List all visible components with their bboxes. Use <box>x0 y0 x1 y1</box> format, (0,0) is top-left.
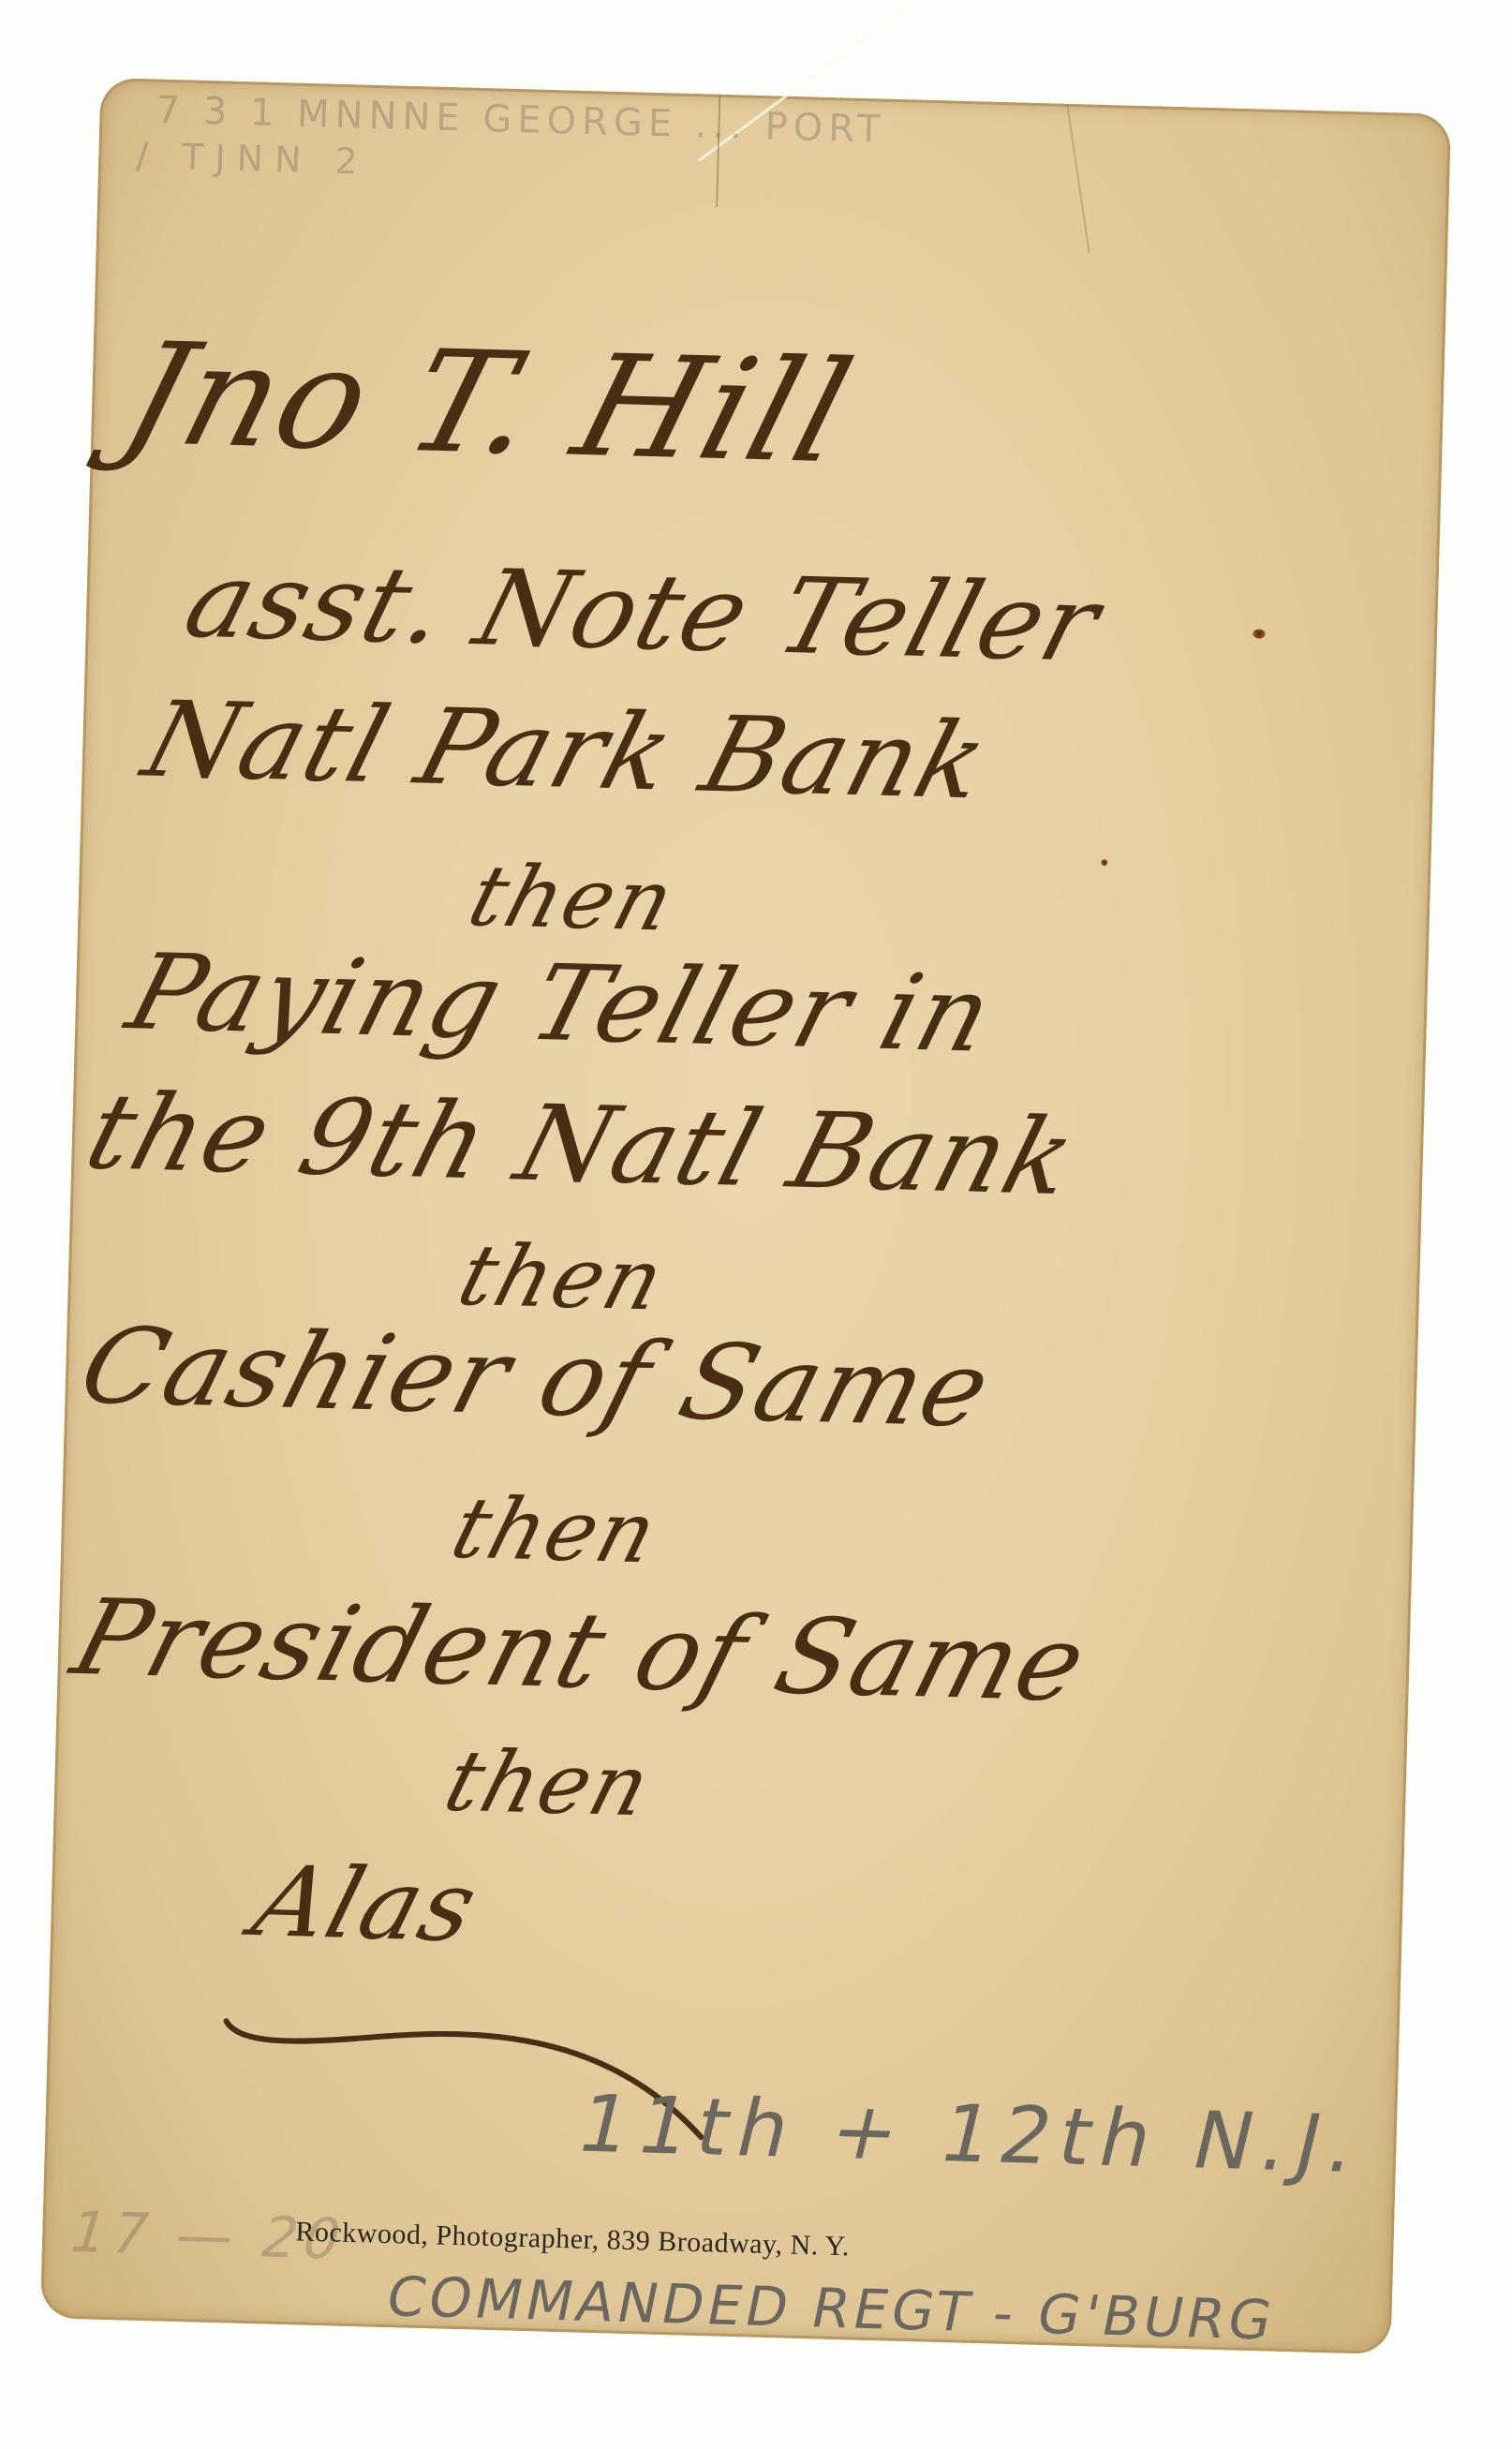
inscription-line: then <box>435 1732 661 1835</box>
inscription-line: President of Same <box>61 1577 1100 1725</box>
inscription-name: Jno T. Hill <box>107 314 868 495</box>
inscription-line: Paying Teller in <box>115 932 1006 1076</box>
pencil-note-commanded: COMMANDED REGT - G'BURG <box>381 2264 1282 2352</box>
photographer-imprint: Rockwood, Photographer, 839 Broadway, N.… <box>295 2216 850 2263</box>
cabinet-card: 7 3 1 MNNNE GEORGE ... PORT / TJNN 2 Jno… <box>40 78 1451 2354</box>
inscription-line: then <box>449 1226 675 1329</box>
inscription-line: then <box>441 1479 668 1582</box>
card-tear <box>1066 105 1090 254</box>
inscription-line: Natl Park Bank <box>132 679 1001 823</box>
inscription-line: Cashier of Same <box>67 1305 1003 1450</box>
inscription-closing: Alas <box>242 1845 490 1964</box>
pencil-note-regiments: 11th + 12th N.J. <box>569 2078 1375 2190</box>
ink-stain <box>1101 859 1107 866</box>
inscription-line: asst. Note Teller <box>173 540 1114 685</box>
inscription-line: the 9th Natl Bank <box>74 1072 1089 1219</box>
ink-stain <box>1253 629 1266 638</box>
inscription-line: then <box>459 847 686 950</box>
pencil-note-top-line2: / TJNN 2 <box>136 135 370 183</box>
